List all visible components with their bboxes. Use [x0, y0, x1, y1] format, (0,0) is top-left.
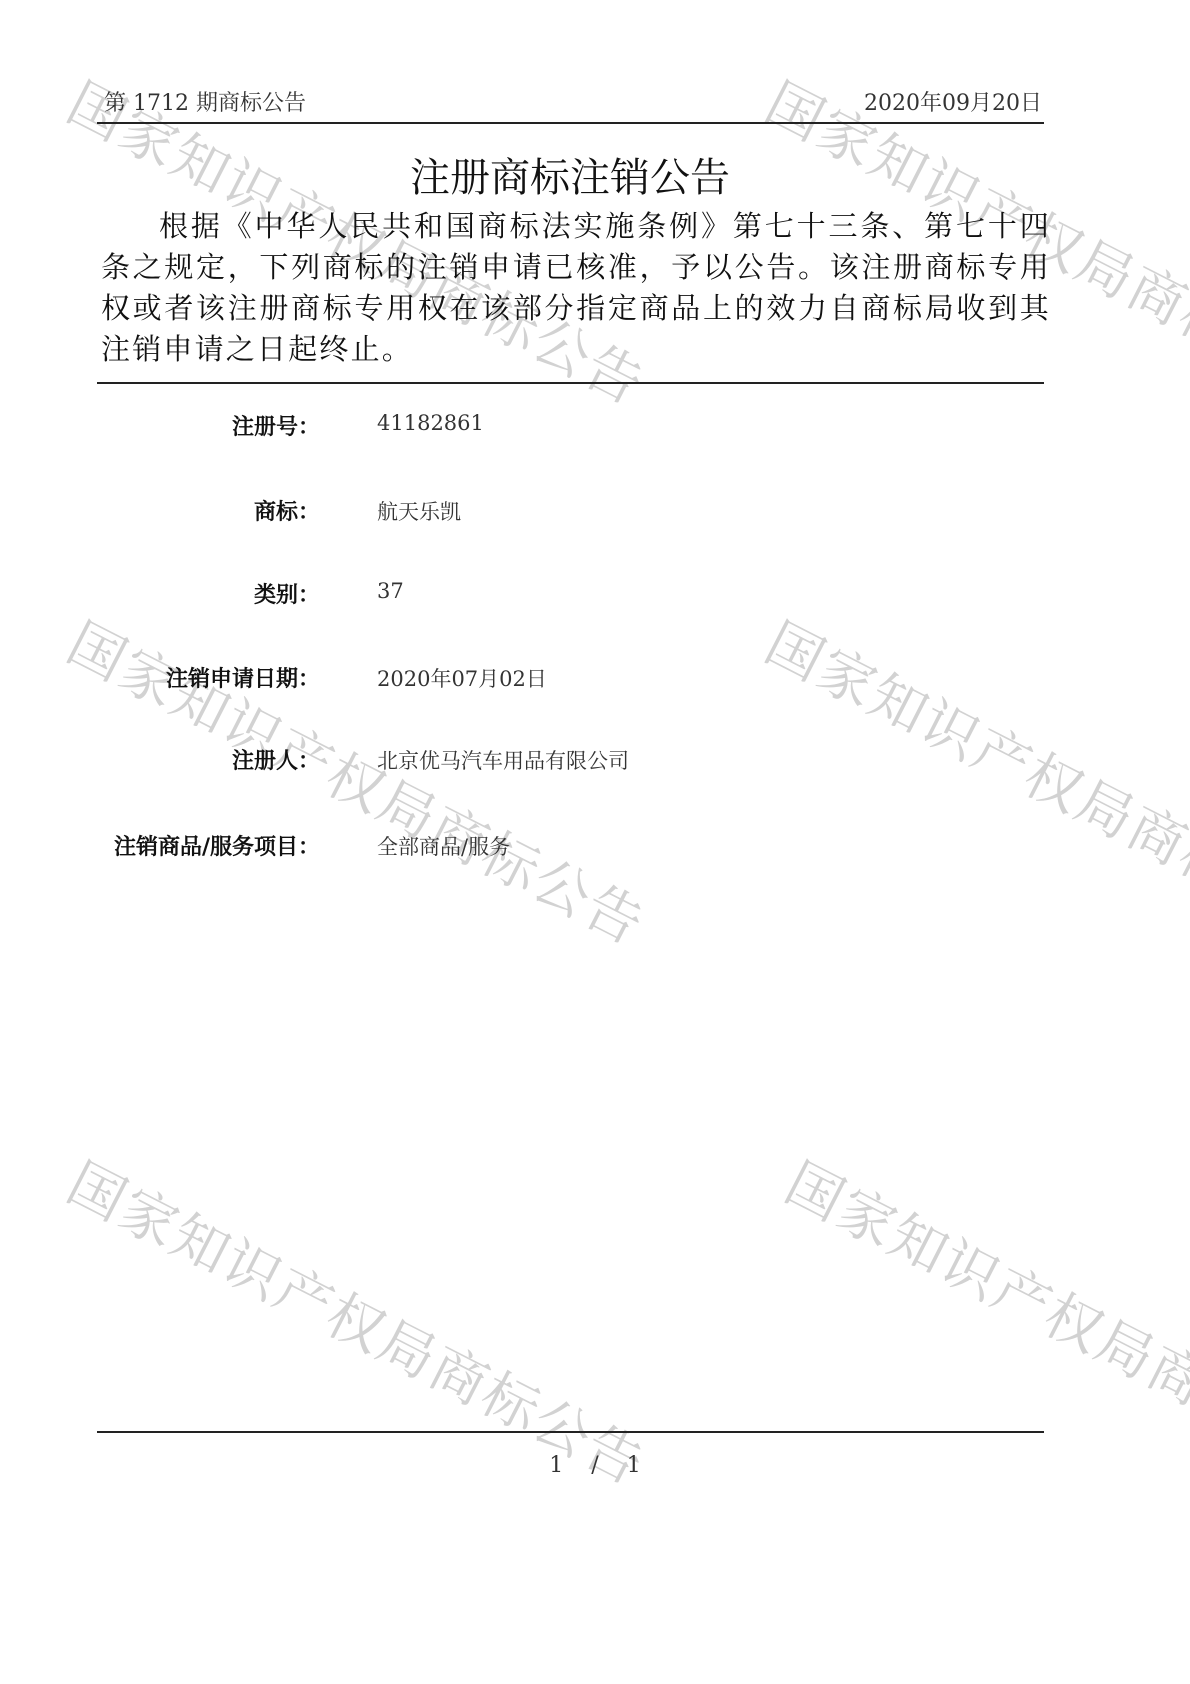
- field-class: 类别： 37: [0, 578, 1190, 618]
- publication-date: 2020年09月20日: [864, 86, 1042, 117]
- field-label: 注册人：: [232, 744, 320, 775]
- field-label: 注销商品/服务项目：: [114, 830, 320, 861]
- field-value: 41182861: [377, 411, 484, 435]
- current-page: 1: [549, 1453, 563, 1478]
- field-value: 航天乐凯: [377, 496, 461, 526]
- field-registrant: 注册人： 北京优马汽车用品有限公司: [0, 744, 1190, 784]
- issue-number: 第 1712 期商标公告: [104, 86, 306, 117]
- field-label: 商标：: [254, 495, 320, 526]
- page-title: 注册商标注销公告: [0, 146, 1140, 203]
- document-page: 国家知识产权局商标公告 国家知识产权局商标公告 国家知识产权局商标公告 国家知识…: [0, 0, 1190, 1684]
- announcement-paragraph: 根据《中华人民共和国商标法实施条例》第七十三条、第七十四条之规定，下列商标的注销…: [101, 206, 1051, 370]
- content-divider: [97, 382, 1044, 384]
- field-label: 注册号：: [232, 410, 320, 441]
- page-separator: /: [591, 1453, 598, 1478]
- page-number: 1/1: [0, 1453, 1190, 1478]
- field-label: 注销申请日期：: [166, 662, 320, 693]
- header-divider: [97, 122, 1044, 124]
- watermark: 国家知识产权局商标公告: [56, 1140, 661, 1501]
- field-value: 全部商品/服务: [377, 831, 510, 861]
- field-value: 2020年07月02日: [377, 663, 547, 693]
- field-trademark: 商标： 航天乐凯: [0, 495, 1190, 535]
- field-value: 北京优马汽车用品有限公司: [377, 745, 629, 775]
- field-cancelled-goods-services: 注销商品/服务项目： 全部商品/服务: [0, 830, 1190, 870]
- field-registration-number: 注册号： 41182861: [0, 410, 1190, 450]
- field-cancellation-date: 注销申请日期： 2020年07月02日: [0, 662, 1190, 702]
- footer-divider: [97, 1431, 1044, 1433]
- field-label: 类别：: [254, 578, 320, 609]
- total-pages: 1: [627, 1453, 641, 1478]
- watermark: 国家知识产权局商标公告: [774, 1140, 1190, 1501]
- field-value: 37: [377, 579, 404, 603]
